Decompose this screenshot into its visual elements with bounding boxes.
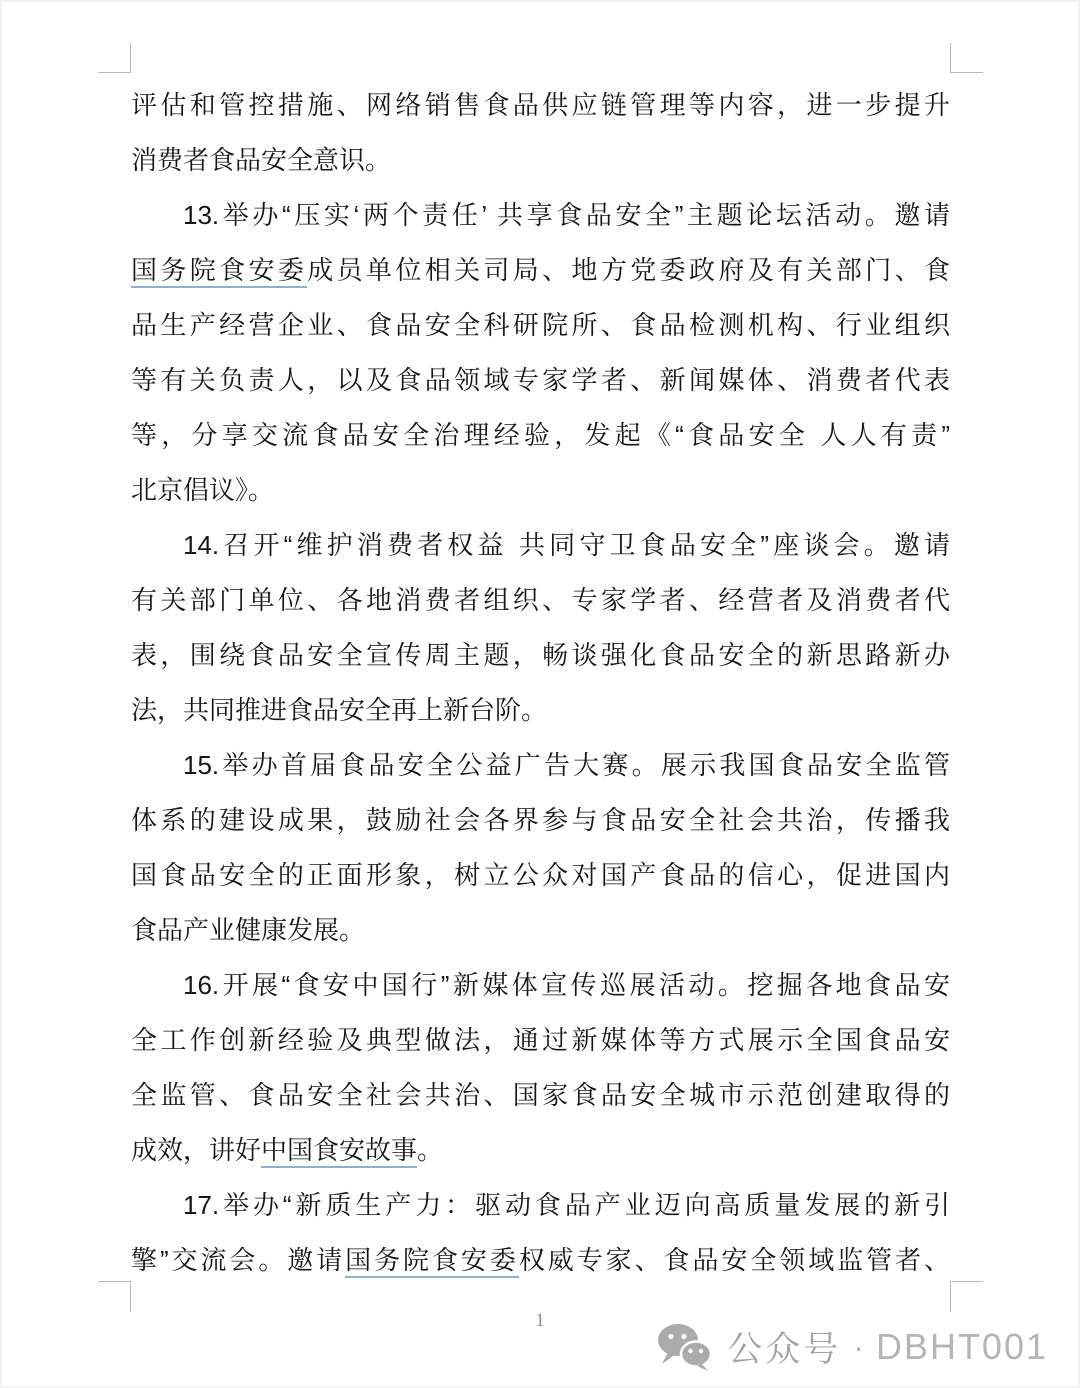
text-line: 体系的建设成果，鼓励社会各界参与食品安全社会共治，传播我 [131, 793, 950, 848]
document-body: 评估和管控措施、网络销售食品供应链管理等内容，进一步提升消费者食品安全意识。13… [131, 78, 950, 1288]
text-run: 。 [417, 1135, 443, 1165]
crop-mark-bottom-left [98, 1281, 131, 1312]
text-run: 16.开展“食安中国行”新媒体宣传巡展活动。挖掘各地食品安 [183, 970, 950, 1000]
text-line: 有关部门单位、各地消费者组织、专家学者、经营者及消费者代 [131, 573, 950, 628]
text-line: 法，共同推进食品安全再上新台阶。 [131, 683, 950, 738]
text-run: 擎”交流会。邀请 [131, 1245, 345, 1275]
text-line: 评估和管控措施、网络销售食品供应链管理等内容，进一步提升 [131, 78, 950, 133]
text-line: 等有关负责人，以及食品领域专家学者、新闻媒体、消费者代表 [131, 353, 950, 408]
text-line: 15.举办首届食品安全公益广告大赛。展示我国食品安全监管 [131, 738, 950, 793]
watermark-label: 公众号 [727, 1322, 841, 1372]
text-line: 全工作创新经验及典型做法，通过新媒体等方式展示全国食品安 [131, 1013, 950, 1068]
text-line: 消费者食品安全意识。 [131, 133, 950, 188]
text-line: 北京倡议》。 [131, 463, 950, 518]
text-line: 16.开展“食安中国行”新媒体宣传巡展活动。挖掘各地食品安 [131, 958, 950, 1013]
text-line: 14.召开“维护消费者权益 共同守卫食品安全”座谈会。邀请 [131, 518, 950, 573]
wechat-icon [657, 1323, 713, 1371]
text-run: 消费者食品安全意识。 [131, 145, 391, 175]
text-line: 国务院食安委成员单位相关司局、地方党委政府及有关部门、食 [131, 243, 950, 298]
text-line: 17.举办“新质生产力：驱动食品产业迈向高质量发展的新引 [131, 1178, 950, 1233]
text-line: 成效，讲好中国食安故事。 [131, 1123, 950, 1178]
text-run: 北京倡议》。 [131, 475, 274, 505]
text-line: 品生产经营企业、食品安全科研院所、食品检测机构、行业组织 [131, 298, 950, 353]
linked-text[interactable]: 国务院食安委 [345, 1245, 519, 1278]
text-run: 成效，讲好 [131, 1135, 261, 1165]
text-run: 品生产经营企业、食品安全科研院所、食品检测机构、行业组织 [131, 310, 950, 340]
text-line: 全监管、食品安全社会共治、国家食品安全城市示范创建取得的 [131, 1068, 950, 1123]
text-line: 擎”交流会。邀请国务院食安委权威专家、食品安全领域监管者、 [131, 1233, 950, 1288]
crop-mark-bottom-right [950, 1281, 983, 1312]
text-run: 全监管、食品安全社会共治、国家食品安全城市示范创建取得的 [131, 1080, 950, 1110]
text-run: 13.举办“压实‘两个责任’ 共享食品安全”主题论坛活动。邀请 [183, 200, 950, 230]
text-run: 表，围绕食品安全宣传周主题，畅谈强化食品安全的新思路新办 [131, 640, 950, 670]
crop-mark-top-left [98, 43, 131, 73]
text-run: 食品产业健康发展。 [131, 915, 365, 945]
text-run: 全工作创新经验及典型做法，通过新媒体等方式展示全国食品安 [131, 1025, 950, 1055]
text-run: 体系的建设成果，鼓励社会各界参与食品安全社会共治，传播我 [131, 805, 950, 835]
text-run: 成员单位相关司局、地方党委政府及有关部门、食 [307, 255, 950, 285]
text-run: 国食品安全的正面形象，树立公众对国产食品的信心，促进国内 [131, 860, 950, 890]
text-line: 13.举办“压实‘两个责任’ 共享食品安全”主题论坛活动。邀请 [131, 188, 950, 243]
text-run: 权威专家、食品安全领域监管者、 [519, 1245, 950, 1275]
text-run: 有关部门单位、各地消费者组织、专家学者、经营者及消费者代 [131, 585, 950, 615]
text-line: 国食品安全的正面形象，树立公众对国产食品的信心，促进国内 [131, 848, 950, 903]
text-run: 评估和管控措施、网络销售食品供应链管理等内容，进一步提升 [131, 90, 950, 120]
crop-mark-top-right [950, 43, 983, 73]
watermark-separator: · [853, 1329, 864, 1366]
text-run: 等，分享交流食品安全治理经验，发起《“食品安全 人人有责” [131, 420, 950, 450]
watermark-account: DBHT001 [876, 1326, 1048, 1368]
text-line: 等，分享交流食品安全治理经验，发起《“食品安全 人人有责” [131, 408, 950, 463]
linked-text[interactable]: 国务院食安委 [131, 255, 307, 288]
text-run: 15.举办首届食品安全公益广告大赛。展示我国食品安全监管 [183, 750, 950, 780]
text-run: 14.召开“维护消费者权益 共同守卫食品安全”座谈会。邀请 [183, 530, 950, 560]
text-line: 食品产业健康发展。 [131, 903, 950, 958]
text-run: 法，共同推进食品安全再上新台阶。 [131, 695, 547, 725]
text-line: 表，围绕食品安全宣传周主题，畅谈强化食品安全的新思路新办 [131, 628, 950, 683]
watermark: 公众号 · DBHT001 [657, 1318, 1048, 1376]
document-page: 评估和管控措施、网络销售食品供应链管理等内容，进一步提升消费者食品安全意识。13… [0, 0, 1080, 1388]
text-run: 17.举办“新质生产力：驱动食品产业迈向高质量发展的新引 [183, 1190, 950, 1220]
text-run: 等有关负责人，以及食品领域专家学者、新闻媒体、消费者代表 [131, 365, 950, 395]
linked-text[interactable]: 中国食安故事 [261, 1135, 417, 1168]
